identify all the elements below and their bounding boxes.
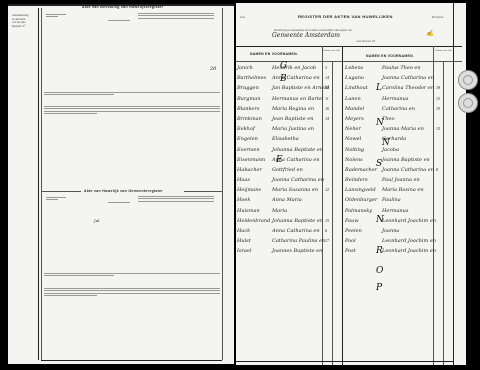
archive-stamp: [458, 93, 478, 113]
act-number: 16: [325, 106, 329, 111]
register-title: REGISTER DER AKTEN VAN HUWELIJKEN: [298, 14, 393, 19]
act-number: 8: [436, 167, 438, 172]
left-top-banner: Akte van Bevolking van Huwelijksregister: [82, 5, 163, 9]
printed-paragraph: [44, 104, 220, 118]
index-letter: L: [376, 83, 382, 93]
table-row: BruggenJan Baptiste en Arnold18: [236, 85, 332, 95]
act-number: 11: [325, 96, 329, 101]
archive-stamp: [458, 70, 478, 90]
index-letter: N: [376, 215, 384, 225]
printed-paragraph: [44, 271, 220, 279]
act-number: 19: [436, 106, 440, 111]
table-row: HeldenbrandJohanna Baptiste en15: [236, 218, 332, 228]
table-row: LebensPaulus Theo en: [344, 65, 444, 75]
table-row: NoltingJacoba: [344, 147, 444, 157]
given-names: Maria: [272, 208, 287, 214]
index-letter: B: [280, 74, 287, 84]
index-letter: N: [382, 138, 390, 148]
surname: Huisman: [237, 208, 260, 214]
header-fragment: [138, 194, 214, 206]
given-names: Paulus Theo en: [382, 65, 421, 71]
surname: Lanen: [345, 96, 361, 102]
handwritten-mark: 20: [210, 66, 216, 72]
given-names: Elisabetha: [272, 136, 299, 142]
act-number: 17: [325, 238, 329, 243]
surname: Lindhout: [345, 85, 368, 91]
surname: Meyers: [345, 116, 364, 122]
surname: Janich: [237, 65, 253, 71]
index-letter: E: [276, 155, 283, 165]
table-row: IsraelJoannes Baptiste en: [236, 248, 332, 258]
surname: Reinders: [345, 177, 368, 183]
surname: Bruggen: [237, 85, 259, 91]
given-names: Hendrik en Jacob: [272, 65, 316, 71]
table-row: BurgmanHermanus en Bartel11: [236, 96, 332, 106]
page-bottom-rule: [236, 361, 453, 362]
table-row: BlankersMaria Regina en16: [236, 106, 332, 116]
surname: Eekhof: [237, 126, 255, 132]
surname: Lansingveld: [345, 187, 376, 193]
surname: Mandel: [345, 106, 364, 112]
surname: Habacher: [237, 167, 262, 173]
surname: Heldenbrand: [237, 218, 270, 224]
given-names: Maria Rosina en: [382, 187, 424, 193]
col-names-left: NAMEN EN VOORNAMEN.: [250, 52, 298, 56]
margin-label: Aanteekening in den kant van de akte Reg…: [12, 14, 29, 28]
surname: Lebens: [345, 65, 363, 71]
given-names: Gottfried en: [272, 167, 303, 173]
given-names: Leonhard Joachim en: [382, 248, 436, 254]
act-number: 18: [436, 85, 440, 90]
table-row: PalmanskyHermanus: [344, 208, 444, 218]
given-names: Hermanus en Bartel: [272, 96, 323, 102]
entries-right: LebensPaulus Theo en LuganoJoanna Cathar…: [344, 65, 444, 259]
surname: Evertsen: [237, 147, 260, 153]
given-names: Maria Susanna en: [272, 187, 318, 193]
surname: Heijmans: [237, 187, 261, 193]
given-names: Jan Baptiste en Arnold: [272, 85, 329, 91]
table-row: PostLeonhard Joachim en: [344, 248, 444, 258]
year-text: over het jaar 18: [356, 39, 375, 43]
given-names: Leonhard Joachim en: [382, 238, 436, 244]
surname: Hulst: [237, 238, 251, 244]
middle-banner: Akte van Huwelijk van Gemeenteregister: [84, 189, 163, 193]
banner-rule: [184, 191, 222, 192]
table-row: MandelCatharina en19: [344, 106, 444, 116]
column-rule: [332, 61, 333, 365]
index-letter: P: [376, 283, 382, 293]
act-number: 3: [325, 65, 327, 70]
surname: Pauw: [345, 218, 359, 224]
act-number: 12: [325, 187, 329, 192]
given-names: Maria Regina en: [272, 106, 314, 112]
surname: Eisenmann: [237, 157, 265, 163]
table-row: HoekAnna Maria: [236, 197, 332, 207]
header-fragment: [46, 12, 66, 20]
printed-paragraph: [44, 90, 220, 98]
index-letter: O: [376, 266, 383, 276]
table-row: ReindersPaul Joanna en: [344, 177, 444, 187]
header-rule: [236, 46, 462, 47]
given-names: Hermanus: [382, 96, 408, 102]
given-names: Joannes Baptiste en: [272, 248, 322, 254]
column-header-rule: [236, 61, 462, 62]
table-row: NeherJoanna Maria en15: [344, 126, 444, 136]
given-names: Catharina Paulina en: [272, 238, 325, 244]
page-bottom-rule: [41, 360, 222, 361]
table-row: NowelGerharda: [344, 136, 444, 146]
given-names: Anna Catharina en: [272, 228, 320, 234]
act-number: 18: [325, 85, 329, 90]
surname: Barthelmes: [237, 75, 266, 81]
act-number: 14: [325, 116, 329, 121]
given-names: Anna Maria: [272, 197, 302, 203]
given-names: Joanna Catharina en: [272, 177, 324, 183]
col-number-left: Nummer der Akte: [323, 49, 340, 53]
given-names: Joanna Baptiste en: [382, 157, 430, 163]
table-row: HackAnna Catharina en6: [236, 228, 332, 238]
surname: Hack: [237, 228, 250, 234]
corner-label-left: Jaar: [240, 15, 245, 19]
table-row: HulstCatharina Paulina en17: [236, 238, 332, 248]
act-number: 15: [436, 126, 440, 131]
banner-rule: [41, 191, 81, 192]
surname: Pool: [345, 238, 356, 244]
content-right-rule: [222, 8, 223, 360]
surname: Nowel: [345, 136, 361, 142]
surname: Israel: [237, 248, 251, 254]
given-names: Joanna Catharina en: [382, 75, 434, 81]
surname: Peelen: [345, 228, 362, 234]
index-letter: S: [376, 159, 382, 169]
header-fragment: [108, 200, 130, 204]
table-row: BrinkmanJean Baptiste en14: [236, 116, 332, 126]
surname: Lugano: [345, 75, 364, 81]
given-names: Joanna Catharina en: [382, 167, 434, 173]
table-row: PauwLeonhard Joachim en: [344, 218, 444, 228]
surname: Hoek: [237, 197, 250, 203]
act-number: 15: [325, 218, 329, 223]
act-number: 6: [325, 228, 327, 233]
header-fragment: [108, 18, 130, 22]
given-names: Paulina: [382, 197, 401, 203]
left-margin-rule: [38, 8, 39, 360]
corner-label-right: Provincie: [432, 15, 444, 19]
given-names: Joanna: [382, 228, 399, 234]
table-row: LindhoutCarolina Theodor en18: [344, 85, 444, 95]
surname: Rademacher: [345, 167, 377, 173]
table-row: LuganoJoanna Catharina en: [344, 75, 444, 85]
table-row: EvertsenJohanna Baptiste en: [236, 147, 332, 157]
left-page: Akte van Bevolking van Huwelijksregister…: [8, 4, 234, 364]
right-page: Jaar REGISTER DER AKTEN VAN HUWELIJKEN P…: [236, 3, 466, 365]
act-number: 14: [325, 75, 329, 80]
surname: Nolting: [345, 147, 364, 153]
place-handwritten: Gemeente Amsterdam: [272, 32, 340, 39]
entries-left: JanichHendrik en Jacob3 BarthelmesAnna C…: [236, 65, 332, 259]
given-names: Johanna Baptiste en: [272, 147, 323, 153]
given-names: Joanna Maria en: [382, 126, 424, 132]
act-number: 13: [436, 96, 440, 101]
table-row: HuismanMaria: [236, 208, 332, 218]
printed-paragraph: [44, 286, 220, 300]
surname: Post: [345, 248, 356, 254]
handwritten-mark: Jul: [94, 218, 99, 223]
index-letter: R: [376, 246, 383, 256]
surname: Blankers: [237, 106, 259, 112]
surname: Neher: [345, 126, 361, 132]
given-names: Maria Justina en: [272, 126, 314, 132]
table-row: EngelenElisabetha: [236, 136, 332, 146]
table-row: RademacherJoanna Catharina en8: [344, 167, 444, 177]
surname: Brinkman: [237, 116, 262, 122]
table-row: EekhofMaria Justina en: [236, 126, 332, 136]
table-row: PoolLeonhard Joachim en: [344, 238, 444, 248]
handwritten-flourish: ✍: [426, 30, 433, 37]
page-right-rule: [453, 3, 454, 365]
table-row: HabacherGottfried en: [236, 167, 332, 177]
table-row: HaasJoanna Catharina en: [236, 177, 332, 187]
given-names: Catharina en: [382, 106, 415, 112]
index-letter: N: [376, 118, 384, 128]
given-names: Hermanus: [382, 208, 408, 214]
surname: Burgman: [237, 96, 260, 102]
table-row: NolensJoanna Baptiste en: [344, 157, 444, 167]
surname: Nolens: [345, 157, 363, 163]
margin-label-line: Register n°.: [12, 24, 26, 28]
col-names-right: NAMEN EN VOORNAMEN.: [366, 54, 414, 58]
surname: Palmansky: [345, 208, 372, 214]
index-letter: G: [280, 61, 287, 71]
surname: Oldenburger: [345, 197, 377, 203]
table-row: LansingveldMaria Rosina en: [344, 187, 444, 197]
header-fragment: [138, 11, 214, 23]
content-left-rule: [41, 8, 42, 360]
header-fragment: [46, 195, 66, 203]
table-row: EisenmannAnna Catharina en: [236, 157, 332, 167]
surname: Haas: [237, 177, 250, 183]
given-names: Carolina Theodor en: [382, 85, 434, 91]
given-names: Paul Joanna en: [382, 177, 420, 183]
table-row: HeijmansMaria Susanna en12: [236, 187, 332, 197]
table-row: LanenHermanus13: [344, 96, 444, 106]
table-row: MeyersTheo: [344, 116, 444, 126]
given-names: Leonhard Joachim en: [382, 218, 436, 224]
surname: Engelen: [237, 136, 258, 142]
table-row: OldenburgerPaulina: [344, 197, 444, 207]
col-number-right: Nummer der Akte: [435, 49, 452, 53]
table-row: PeelenJoanna: [344, 228, 444, 238]
given-names: Jean Baptiste en: [272, 116, 314, 122]
column-rule: [342, 46, 343, 365]
given-names: Johanna Baptiste en: [272, 218, 323, 224]
